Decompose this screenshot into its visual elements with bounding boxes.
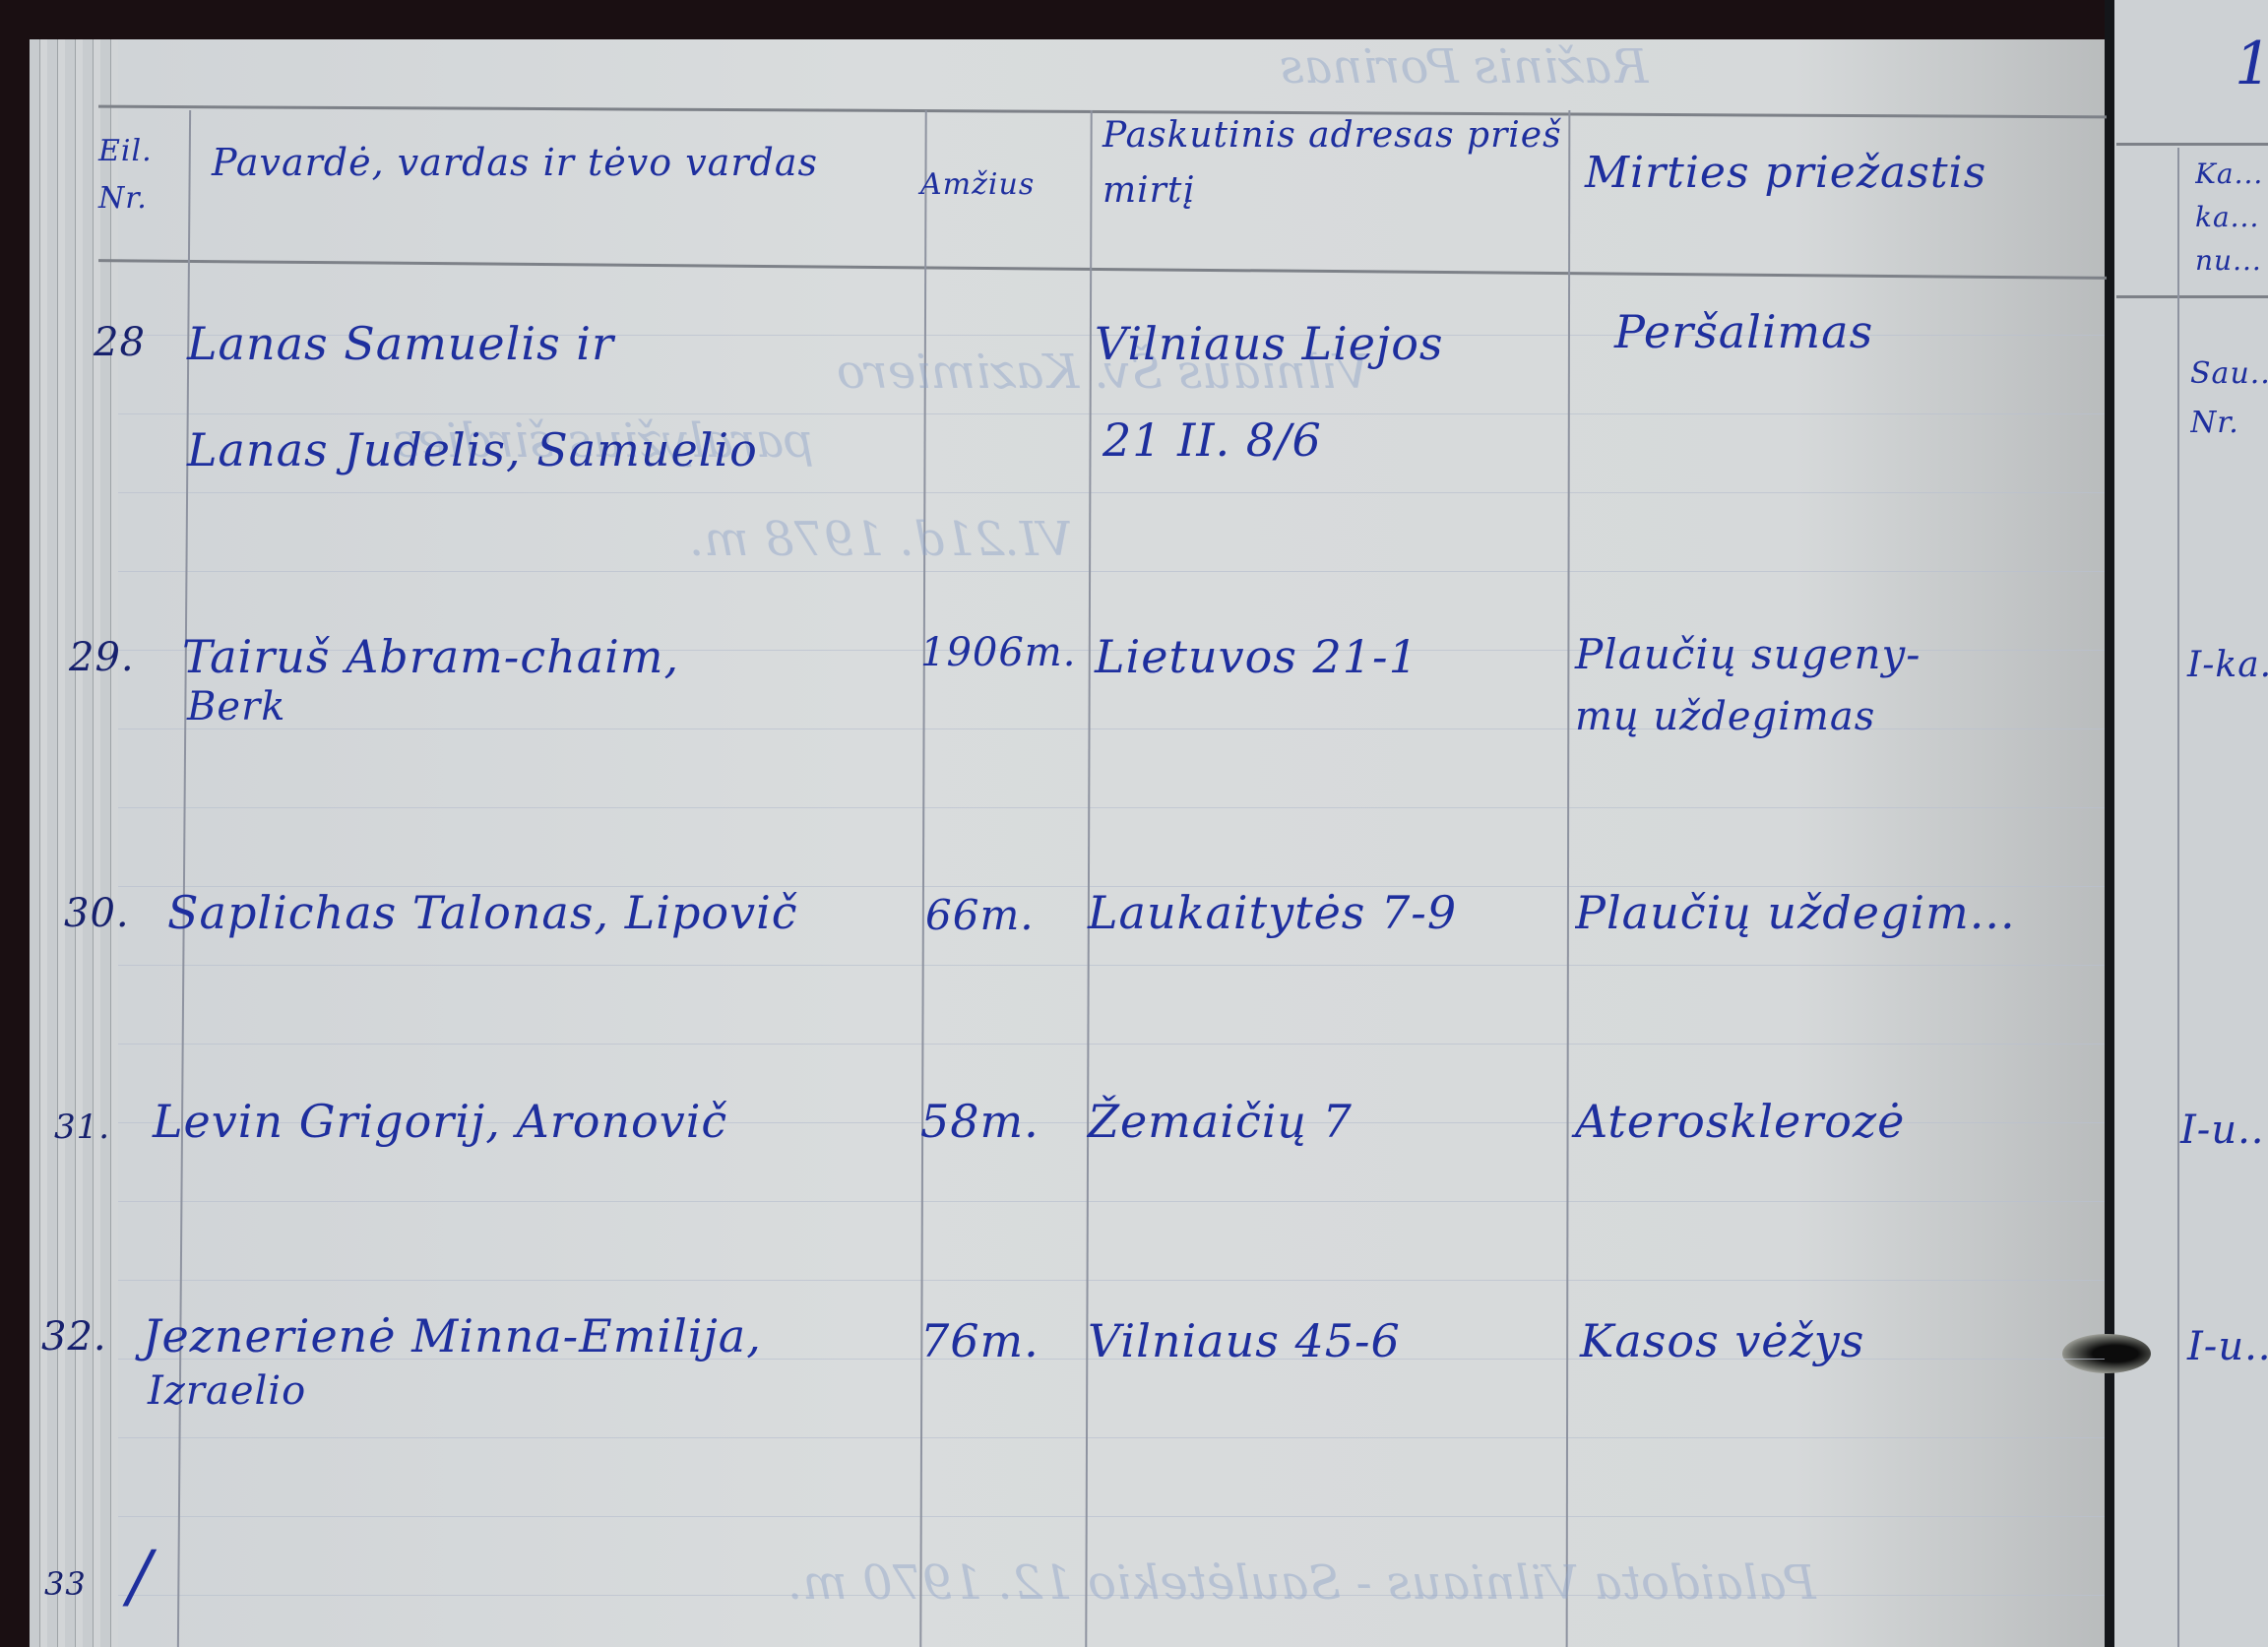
name-cell: Saplichas Talonas, Lipovič	[167, 886, 798, 939]
age-cell: 58m.	[920, 1095, 1039, 1148]
header-cause: Mirties priežastis	[1585, 148, 1986, 198]
address-cell: Vilniaus 45-6	[1088, 1314, 1401, 1367]
header-address: Paskutinis adresas prieš mirtį	[1102, 108, 1565, 219]
next-page-cell: I-u...	[2180, 1108, 2268, 1153]
cause-cell: Plaučių sugeny-	[1575, 630, 1921, 678]
next-page-cell: Sau... Nr.	[2190, 349, 2268, 448]
header-next-page: Ka... ka... nu...	[2195, 153, 2268, 283]
cause-cell: Aterosklerozė	[1575, 1095, 1905, 1148]
binding-thread-hole	[2062, 1334, 2151, 1373]
cause-cell-line2: mų uždegimas	[1575, 694, 1875, 739]
age-cell: 76m.	[920, 1314, 1039, 1367]
cause-cell: Plaučių uždegim...	[1575, 886, 2102, 939]
cause-cell: Peršalimas	[1614, 305, 1873, 358]
cause-cell: Kasos vėžys	[1580, 1314, 1864, 1367]
register-page	[30, 39, 2107, 1647]
next-page-header-rule-2	[2116, 295, 2268, 298]
next-page-cell: I-u...	[2187, 1324, 2268, 1369]
address-cell-line2: 21 II. 8/6	[1102, 413, 1322, 467]
name-cell: Lanas Samuelis ir	[187, 317, 614, 370]
page-marker: 1	[2235, 30, 2268, 98]
age-cell: 1906m.	[920, 630, 1076, 675]
name-cell: Jeznerienė Minna-Emilija,	[143, 1309, 762, 1362]
col-divider-next-page	[2177, 148, 2179, 1647]
age-cell: 66m.	[925, 891, 1035, 939]
header-age: Amžius	[920, 167, 1035, 202]
name-cell: Tairuš Abram-chaim,	[182, 630, 679, 683]
page-stack-edges	[30, 39, 118, 1647]
name-cell: Levin Grigorij, Aronovič	[153, 1095, 727, 1148]
address-cell: Lietuvos 21-1	[1095, 630, 1418, 683]
name-cell-line2: Berk	[187, 684, 285, 729]
address-cell: Laukaitytės 7-9	[1088, 886, 1457, 939]
header-name: Pavardė, vardas ir tėvo vardas	[212, 118, 881, 207]
address-cell: Žemaičių 7	[1088, 1095, 1353, 1148]
next-page-cell: I-ka...	[2187, 645, 2268, 685]
name-cell: /	[128, 1536, 153, 1616]
header-nr: Eil. Nr.	[98, 128, 177, 222]
name-cell-line2: Izraelio	[148, 1368, 306, 1414]
next-page-header-rule	[2116, 143, 2268, 146]
name-cell-line2: Lanas Judelis, Samuelio	[187, 423, 758, 476]
address-cell: Vilniaus Liejos	[1095, 317, 1444, 370]
